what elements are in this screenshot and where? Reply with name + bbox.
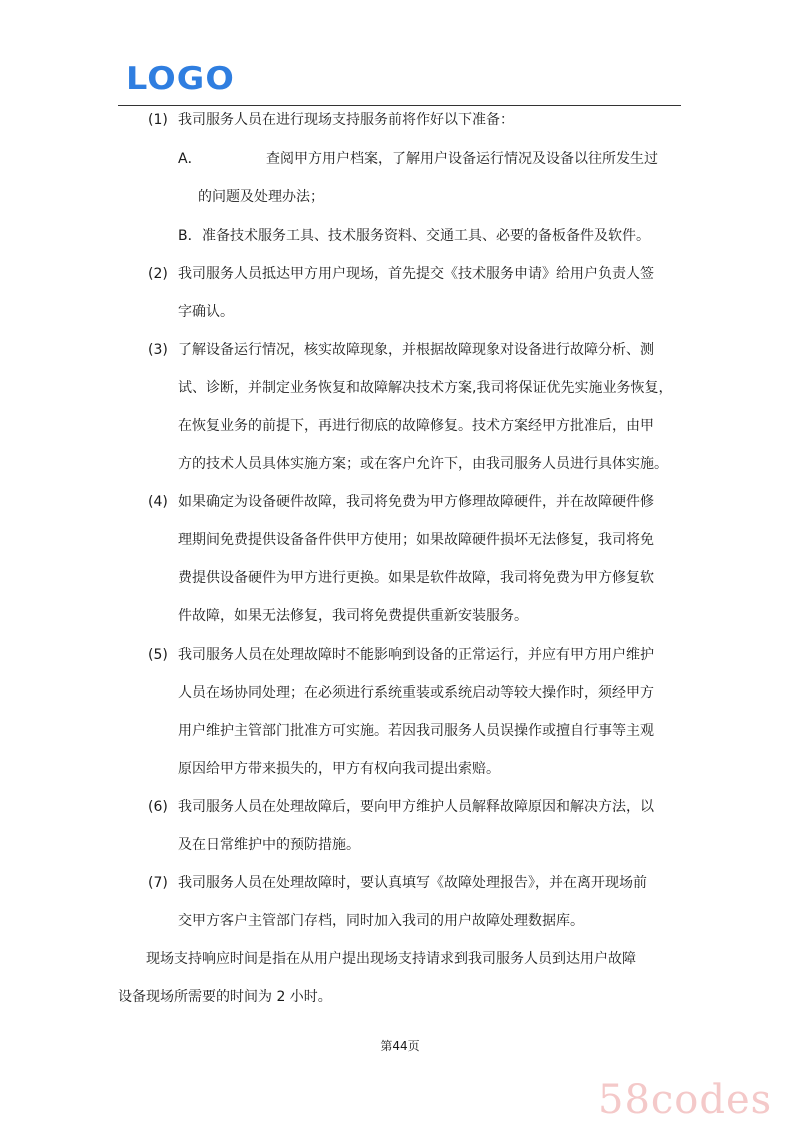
- item-4-line-2: 理期间免费提供设备备件供甲方使用；如果故障硬件损坏无法修复，我司将免: [178, 530, 654, 550]
- sub-item-b-line-1: 准备技术服务工具、技术服务资料、交通工具、必要的备板备件及软件。: [202, 226, 650, 246]
- logo: LOGO: [126, 64, 235, 95]
- sub-item-a-line-2: 的问题及处理办法；: [198, 187, 324, 207]
- item-3-number: (3): [148, 340, 168, 360]
- item-5-line-4: 原因给甲方带来损失的，甲方有权向我司提出索赔。: [178, 759, 500, 779]
- item-2-number: (2): [148, 264, 168, 284]
- closing-paragraph-line-2: 设备现场所需要的时间为 2 小时。: [118, 987, 332, 1007]
- item-4-line-3: 费提供设备硬件为甲方进行更换。如果是软件故障，我司将免费为甲方修复软: [178, 568, 654, 588]
- item-3-line-3: 在恢复业务的前提下，再进行彻底的故障修复。技术方案经甲方批准后，由甲: [178, 416, 654, 436]
- item-6-number: (6): [148, 797, 168, 817]
- item-6-line-1: 我司服务人员在处理故障后，要向甲方维护人员解释故障原因和解决方法，以: [178, 797, 654, 817]
- item-3-line-4: 方的技术人员具体实施方案；或在客户允许下，由我司服务人员进行具体实施。: [178, 454, 668, 474]
- item-6-line-2: 及在日常维护中的预防措施。: [178, 835, 360, 855]
- item-2-line-2: 字确认。: [178, 302, 234, 322]
- item-5-line-2: 人员在场协同处理；在必须进行系统重装或系统启动等较大操作时，须经甲方: [178, 683, 654, 703]
- item-7-line-1: 我司服务人员在处理故障时，要认真填写《故障处理报告》，并在离开现场前: [178, 873, 647, 893]
- item-4-number: (4): [148, 492, 168, 512]
- closing-paragraph-line-1: 现场支持响应时间是指在从用户提出现场支持请求到我司服务人员到达用户故障: [146, 949, 636, 969]
- item-5-line-3: 用户维护主管部门批准方可实施。若因我司服务人员误操作或擅自行事等主观: [178, 721, 654, 741]
- item-5-number: (5): [148, 645, 168, 665]
- item-4-line-1: 如果确定为设备硬件故障，我司将免费为甲方修理故障硬件，并在故障硬件修: [178, 492, 654, 512]
- header-divider: [118, 105, 681, 106]
- item-7-line-2: 交甲方客户主管部门存档，同时加入我司的用户故障处理数据库。: [178, 911, 584, 931]
- item-5-line-1: 我司服务人员在处理故障时不能影响到设备的正常运行，并应有甲方用户维护: [178, 645, 654, 665]
- sub-item-b-label: B．: [178, 226, 202, 246]
- sub-item-a-line-1: 查阅甲方用户档案，了解用户设备运行情况及设备以往所发生过: [266, 149, 658, 169]
- item-2-line-1: 我司服务人员抵达甲方用户现场，首先提交《技术服务申请》给用户负责人签: [178, 264, 654, 284]
- item-7-number: (7): [148, 873, 168, 893]
- sub-item-a-label: A．: [178, 149, 202, 169]
- item-3-line-1: 了解设备运行情况，核实故障现象，并根据故障现象对设备进行故障分析、测: [178, 340, 654, 360]
- watermark: 58codes: [598, 1080, 772, 1120]
- item-4-line-4: 件故障，如果无法修复，我司将免费提供重新安装服务。: [178, 606, 528, 626]
- item-3-line-2: 试、诊断，并制定业务恢复和故障解决技术方案,我司将保证优先实施业务恢复，: [178, 378, 672, 398]
- page-number: 第44页: [0, 1037, 800, 1054]
- item-1-line-1: 我司服务人员在进行现场支持服务前将作好以下准备：: [178, 110, 514, 130]
- item-1-number: (1): [148, 110, 168, 130]
